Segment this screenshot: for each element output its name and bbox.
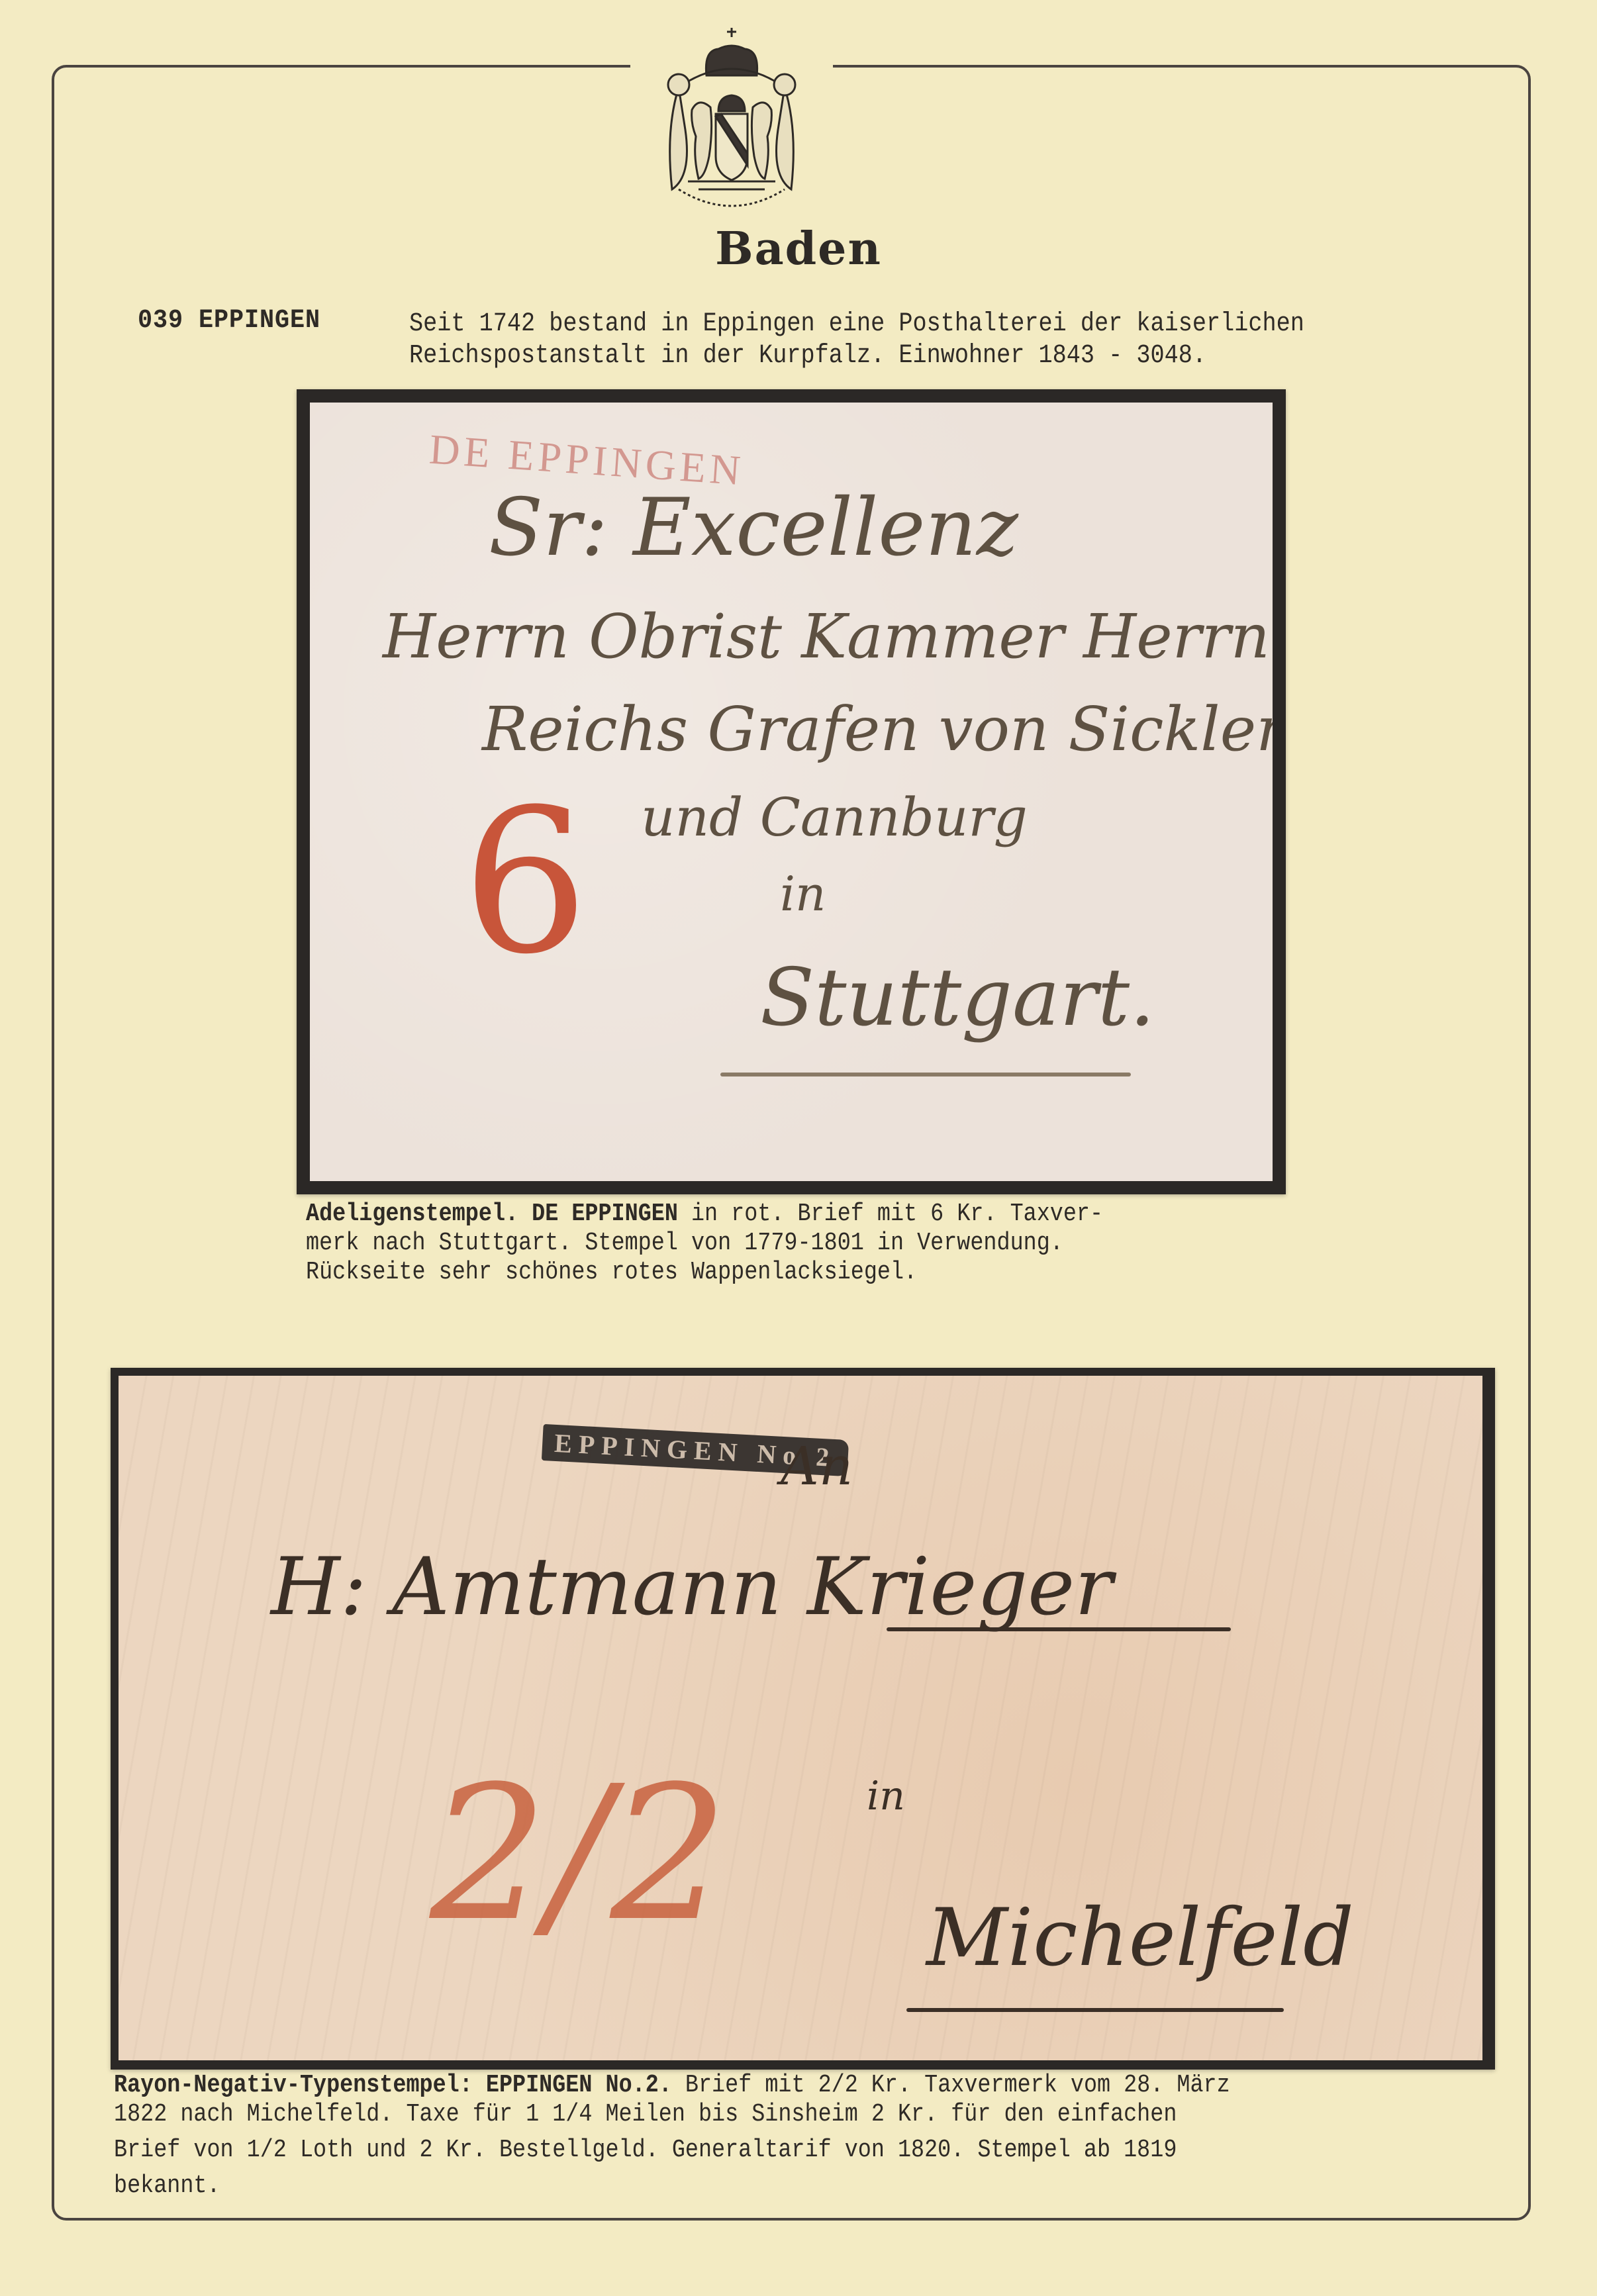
cover-1-frame: DE EPPINGEN Sr: Excellenz Herrn Obrist K… <box>297 389 1286 1194</box>
address-underline <box>720 1073 1131 1076</box>
address-line: An <box>781 1435 853 1497</box>
section-description: Seit 1742 bestand in Eppingen eine Posth… <box>409 309 1400 372</box>
address-underline <box>887 1627 1231 1631</box>
description-line: Seit 1742 bestand in Eppingen eine Posth… <box>409 309 1400 340</box>
address-line: in <box>780 866 826 922</box>
caption-text: merk nach Stuttgart. Stempel von 1779-18… <box>306 1229 1103 1258</box>
caption-text: Brief von 1/2 Loth und 2 Kr. Bestellgeld… <box>114 2136 1230 2165</box>
address-underline <box>906 2008 1284 2012</box>
cover-1-caption: Adeligenstempel. DE EPPINGEN in rot. Bri… <box>306 1200 1103 1287</box>
description-line: Reichspostanstalt in der Kurpfalz. Einwo… <box>409 340 1400 372</box>
coat-of-arms-baden-icon <box>652 24 811 222</box>
address-line: Herrn Obrist Kammer Herrn <box>383 601 1270 672</box>
caption-text: Brief mit 2/2 Kr. Taxvermerk vom 28. Mär… <box>685 2071 1230 2099</box>
caption-text: in rot. Brief mit 6 Kr. Taxver- <box>691 1200 1103 1228</box>
page-title: Baden <box>0 222 1597 275</box>
address-line: Sr: Excellenz <box>489 482 1018 574</box>
caption-text: Rückseite sehr schönes rotes Wappenlacks… <box>306 1258 1103 1287</box>
caption-bold: Rayon-Negativ-Typenstempel: <box>114 2071 473 2099</box>
cover-2-frame: EPPINGEN No.2 An H: Amtmann Krieger in M… <box>111 1368 1495 2070</box>
address-line: H: Amtmann Krieger <box>271 1541 1113 1633</box>
address-line: Stuttgart. <box>760 952 1155 1044</box>
caption-bold: DE EPPINGEN <box>532 1200 678 1228</box>
cover-2-letter: EPPINGEN No.2 An H: Amtmann Krieger in M… <box>119 1376 1482 2060</box>
address-line: und Cannburg <box>641 787 1028 848</box>
section-id: 039 EPPINGEN <box>138 306 320 336</box>
tax-mark-red: 6 <box>462 767 589 998</box>
address-line: in <box>867 1773 905 1819</box>
caption-text: bekannt. <box>114 2172 1230 2201</box>
cover-2-caption: Rayon-Negativ-Typenstempel: EPPINGEN No.… <box>114 2071 1230 2201</box>
caption-bold: EPPINGEN No.2. <box>486 2071 672 2099</box>
address-line: Michelfeld <box>926 1892 1354 1984</box>
address-line: Reichs Grafen von Sickler <box>482 694 1273 765</box>
tax-mark-red: 2/2 <box>430 1746 728 1962</box>
caption-bold: Adeligenstempel. <box>306 1200 518 1228</box>
cover-1-letter: DE EPPINGEN Sr: Excellenz Herrn Obrist K… <box>310 403 1273 1181</box>
caption-text: 1822 nach Michelfeld. Taxe für 1 1/4 Mei… <box>114 2100 1230 2129</box>
